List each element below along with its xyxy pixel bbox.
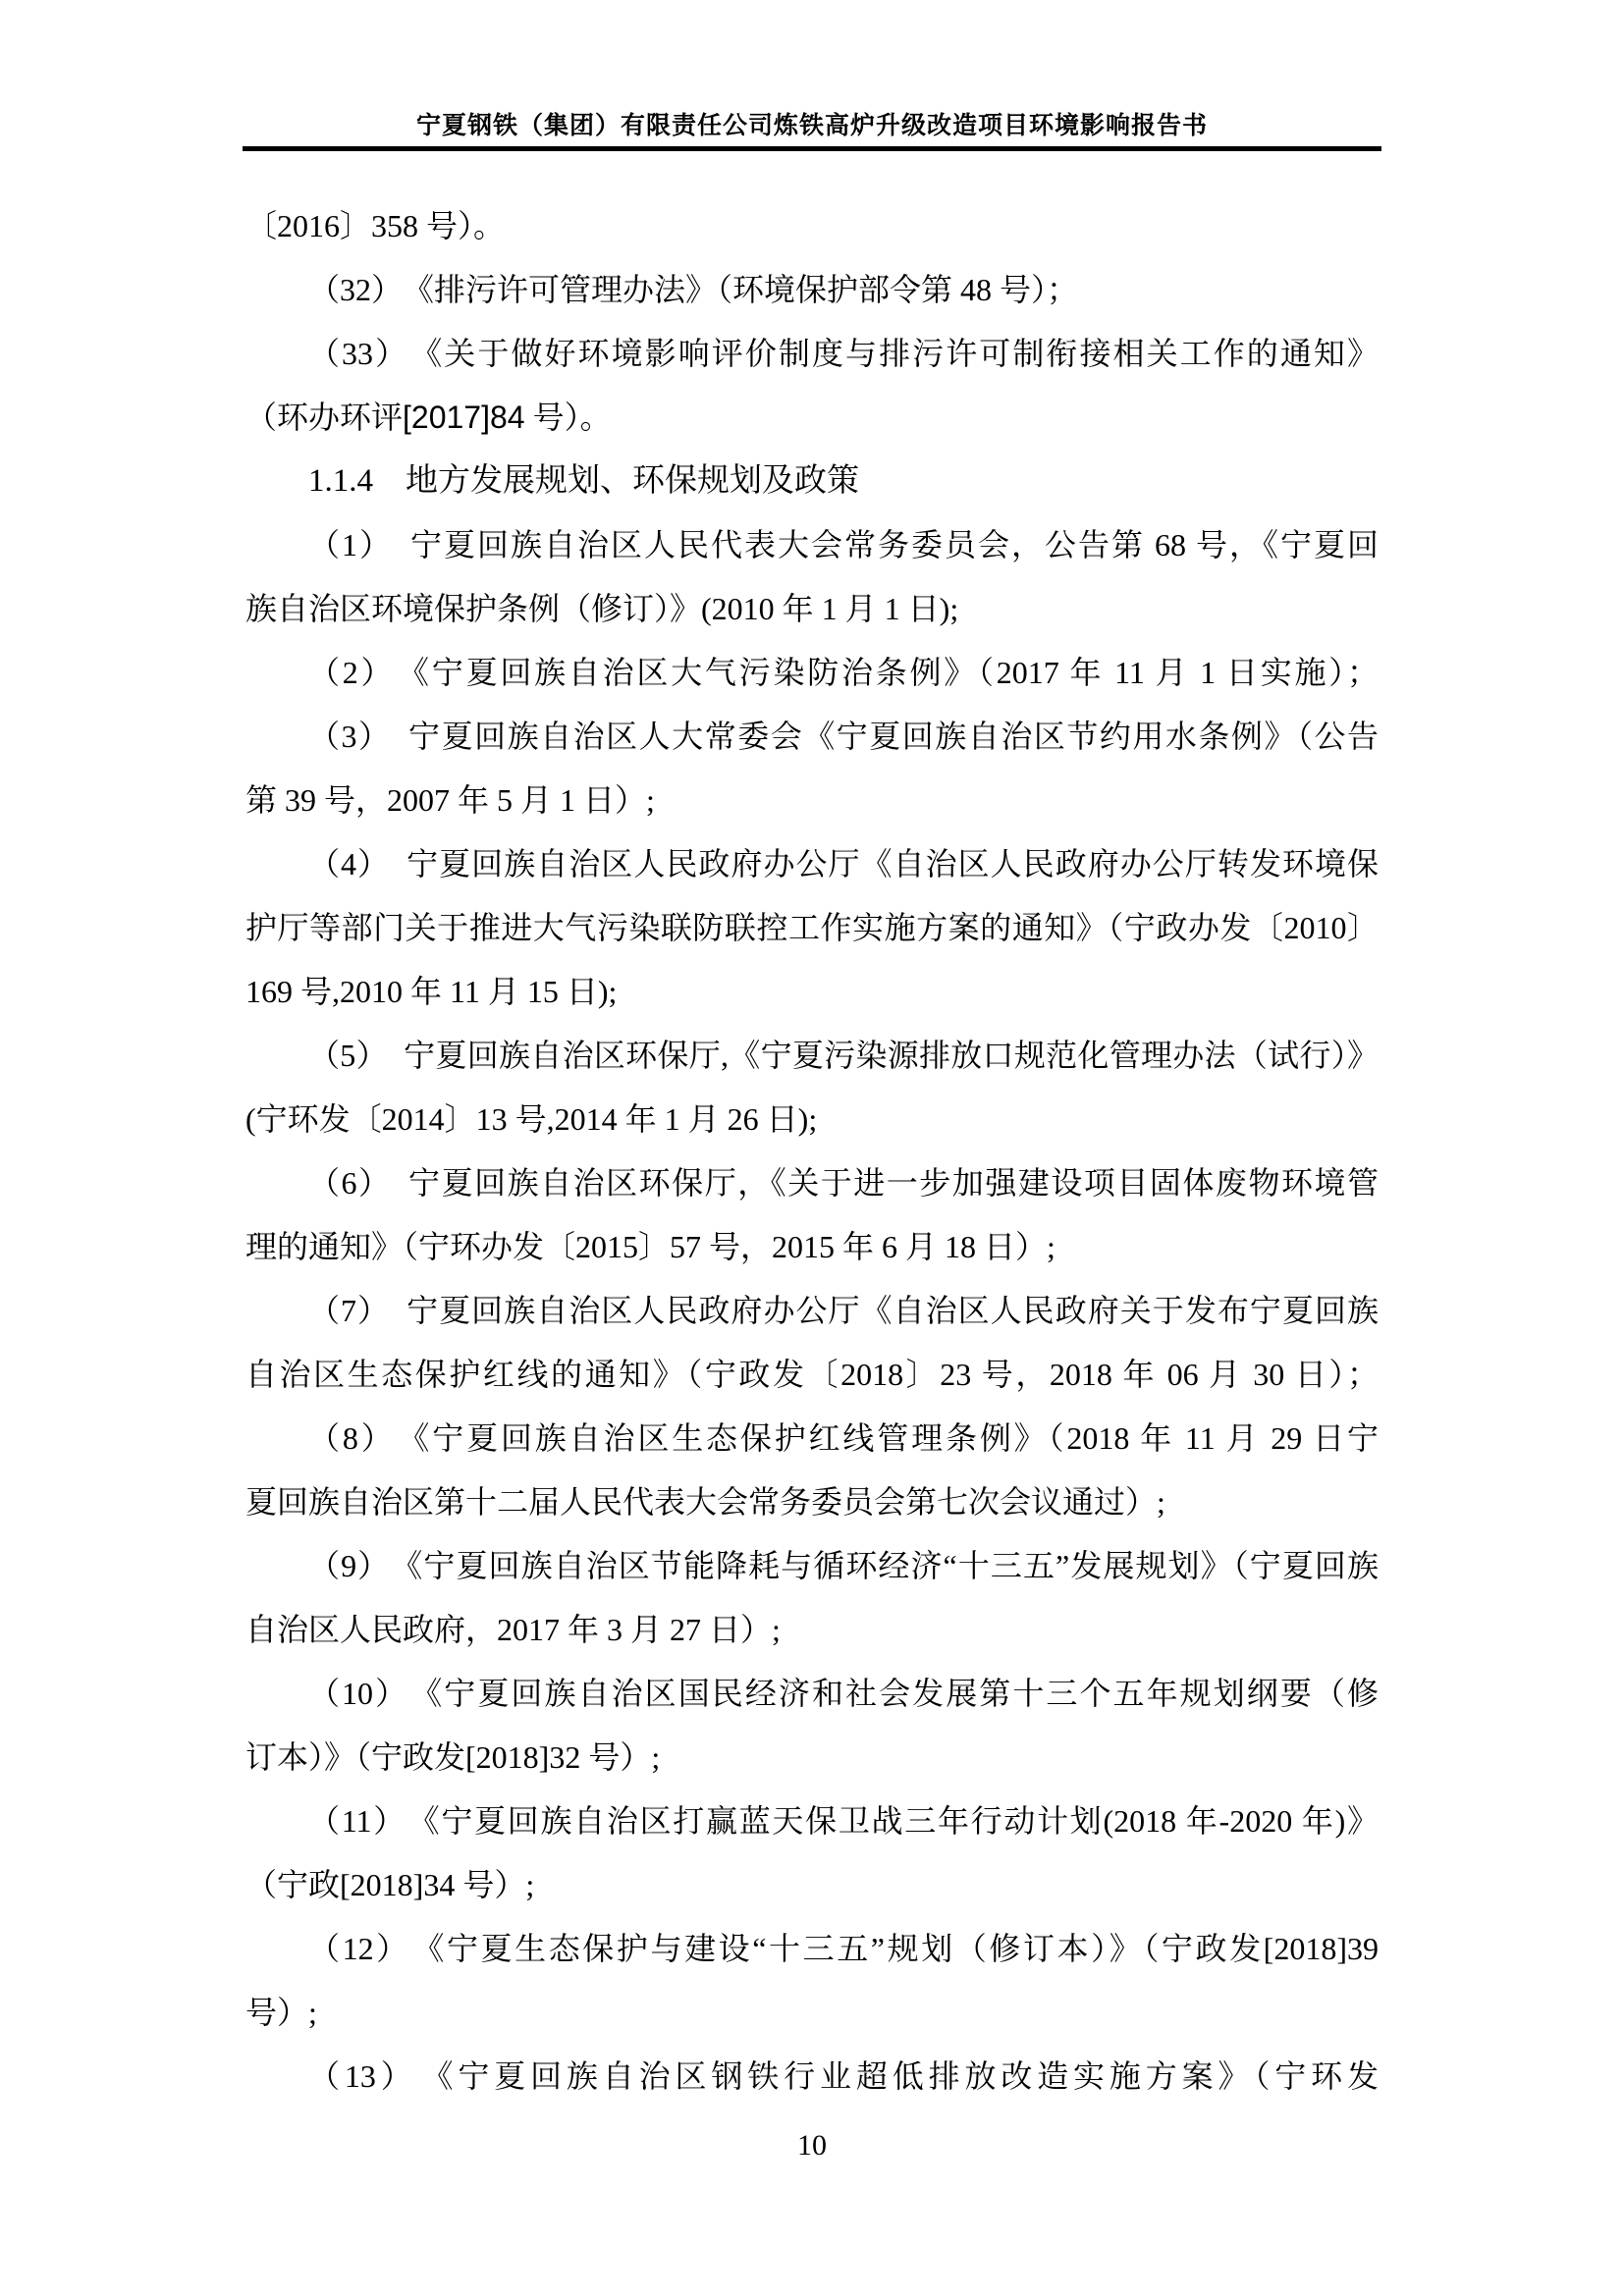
text-run: （12） 《宁夏生态保护与建设“十三五”规划（修订本）》（宁政发[2018]39	[308, 1931, 1379, 1966]
body-line: （4） 宁夏回族自治区人民政府办公厅《自治区人民政府办公厅转发环境保	[245, 832, 1379, 896]
body-line: （1） 宁夏回族自治区人民代表大会常务委员会，公告第 68 号，《宁夏回	[245, 513, 1379, 577]
body-line: (宁环发〔2014〕13 号,2014 年 1 月 26 日);	[245, 1088, 1379, 1151]
text-run: （宁政[2018]34 号）;	[245, 1867, 534, 1902]
body-line: （32） 《排污许可管理办法》（环境保护部令第 48 号）；	[245, 258, 1379, 322]
body-line: （2） 《宁夏回族自治区大气污染防治条例》（2017 年 11 月 1 日实施）…	[245, 641, 1379, 705]
body-line: 自治区人民政府，2017 年 3 月 27 日）;	[245, 1598, 1379, 1662]
body-line: 护厅等部门关于推进大气污染联防联控工作实施方案的通知》（宁政办发〔2010〕	[245, 896, 1379, 960]
body-line: 〔2016〕358 号）。	[245, 194, 1379, 258]
body-line: （10） 《宁夏回族自治区国民经济和社会发展第十三个五年规划纲要（修	[245, 1662, 1379, 1726]
text-run: 〔2016〕358 号）。	[245, 208, 505, 243]
body-line: 自治区生态保护红线的通知》（宁政发〔2018〕23 号，2018 年 06 月 …	[245, 1343, 1379, 1407]
body-line: （6） 宁夏回族自治区环保厅，《关于进一步加强建设项目固体废物环境管	[245, 1151, 1379, 1215]
text-run: 号）。	[525, 400, 612, 435]
text-run: （9） 《宁夏回族自治区节能降耗与循环经济“十三五”发展规划》（宁夏回族	[308, 1548, 1379, 1583]
text-run: （32） 《排污许可管理办法》（环境保护部令第 48 号）；	[308, 272, 1078, 307]
body-line: 号）;	[245, 1981, 1379, 2045]
text-run: 自治区生态保护红线的通知》（宁政发〔2018〕23 号，2018 年 06 月 …	[245, 1357, 1379, 1392]
page-number: 10	[0, 2113, 1624, 2177]
body-line: （8） 《宁夏回族自治区生态保护红线管理条例》（2018 年 11 月 29 日…	[245, 1407, 1379, 1470]
body-line: （宁政[2018]34 号）;	[245, 1853, 1379, 1917]
text-run: 第 39 号，2007 年 5 月 1 日）;	[245, 782, 655, 818]
text-run: 自治区人民政府，2017 年 3 月 27 日）;	[245, 1612, 781, 1647]
text-run: 1.1.4 地方发展规划、环保规划及政策	[308, 463, 859, 499]
text-run: (宁环发〔2014〕13 号,2014 年 1 月 26 日);	[245, 1101, 817, 1137]
text-run: （8） 《宁夏回族自治区生态保护红线管理条例》（2018 年 11 月 29 日…	[308, 1420, 1379, 1456]
body-line: 169 号,2010 年 11 月 15 日);	[245, 960, 1379, 1024]
page-header-title: 宁夏钢铁（集团）有限责任公司炼铁高炉升级改造项目环境影响报告书	[0, 106, 1624, 141]
text-run: （5） 宁夏回族自治区环保厅,《宁夏污染源排放口规范化管理办法（试行）》	[308, 1038, 1379, 1073]
body-line: （12） 《宁夏生态保护与建设“十三五”规划（修订本）》（宁政发[2018]39	[245, 1917, 1379, 1981]
text-run: （2） 《宁夏回族自治区大气污染防治条例》（2017 年 11 月 1 日实施）…	[308, 655, 1379, 690]
text-run: （11） 《宁夏回族自治区打赢蓝天保卫战三年行动计划(2018 年-2020 年…	[308, 1803, 1379, 1839]
body-line: （5） 宁夏回族自治区环保厅,《宁夏污染源排放口规范化管理办法（试行）》	[245, 1024, 1379, 1088]
text-run: （1） 宁夏回族自治区人民代表大会常务委员会，公告第 68 号，《宁夏回	[308, 527, 1379, 562]
text-run: [2017]84	[403, 400, 525, 435]
body-line: （3） 宁夏回族自治区人大常委会《宁夏回族自治区节约用水条例》（公告	[245, 705, 1379, 769]
body-line: （33） 《关于做好环境影响评价制度与排污许可制衔接相关工作的通知》	[245, 322, 1379, 386]
body-line: （13） 《宁夏回族自治区钢铁行业超低排放改造实施方案》（宁环发	[245, 2045, 1379, 2109]
text-run: 族自治区环境保护条例（修订）》(2010 年 1 月 1 日);	[245, 591, 958, 626]
body-line: 第 39 号，2007 年 5 月 1 日）;	[245, 769, 1379, 832]
document-page: 宁夏钢铁（集团）有限责任公司炼铁高炉升级改造项目环境影响报告书 〔2016〕35…	[0, 0, 1624, 2296]
body-line: （环办环评[2017]84 号）。	[245, 386, 1379, 450]
text-run: （3） 宁夏回族自治区人大常委会《宁夏回族自治区节约用水条例》（公告	[308, 719, 1379, 754]
body-line: 夏回族自治区第十二届人民代表大会常务委员会第七次会议通过）;	[245, 1470, 1379, 1534]
body-line: 理的通知》（宁环办发〔2015〕57 号，2015 年 6 月 18 日）;	[245, 1215, 1379, 1279]
text-run: 169 号,2010 年 11 月 15 日);	[245, 974, 617, 1009]
text-run: 护厅等部门关于推进大气污染联防联控工作实施方案的通知》（宁政办发〔2010〕	[245, 910, 1379, 945]
body-line: （11） 《宁夏回族自治区打赢蓝天保卫战三年行动计划(2018 年-2020 年…	[245, 1789, 1379, 1853]
text-run: 号）;	[245, 1995, 317, 2030]
text-run: （6） 宁夏回族自治区环保厅，《关于进一步加强建设项目固体废物环境管	[308, 1165, 1379, 1201]
text-run: （13） 《宁夏回族自治区钢铁行业超低排放改造实施方案》（宁环发	[308, 2058, 1379, 2094]
text-run: （4） 宁夏回族自治区人民政府办公厅《自治区人民政府办公厅转发环境保	[308, 846, 1379, 881]
body: 〔2016〕358 号）。（32） 《排污许可管理办法》（环境保护部令第 48 …	[245, 194, 1379, 2109]
text-run: 夏回族自治区第十二届人民代表大会常务委员会第七次会议通过）;	[245, 1484, 1165, 1520]
section-heading: 1.1.4 地方发展规划、环保规划及政策	[245, 450, 1379, 513]
text-run: （环办环评	[245, 400, 403, 435]
text-run: 订本）》（宁政发[2018]32 号）;	[245, 1739, 660, 1775]
text-run: （33） 《关于做好环境影响评价制度与排污许可制衔接相关工作的通知》	[308, 336, 1379, 371]
body-line: 订本）》（宁政发[2018]32 号）;	[245, 1726, 1379, 1789]
body-line: （7） 宁夏回族自治区人民政府办公厅《自治区人民政府关于发布宁夏回族	[245, 1279, 1379, 1343]
body-line: （9） 《宁夏回族自治区节能降耗与循环经济“十三五”发展规划》（宁夏回族	[245, 1534, 1379, 1598]
text-run: （10） 《宁夏回族自治区国民经济和社会发展第十三个五年规划纲要（修	[308, 1676, 1379, 1711]
text-run: （7） 宁夏回族自治区人民政府办公厅《自治区人民政府关于发布宁夏回族	[308, 1293, 1379, 1328]
header-rule	[243, 146, 1381, 151]
text-run: 理的通知》（宁环办发〔2015〕57 号，2015 年 6 月 18 日）;	[245, 1229, 1056, 1264]
body-line: 族自治区环境保护条例（修订）》(2010 年 1 月 1 日);	[245, 577, 1379, 641]
